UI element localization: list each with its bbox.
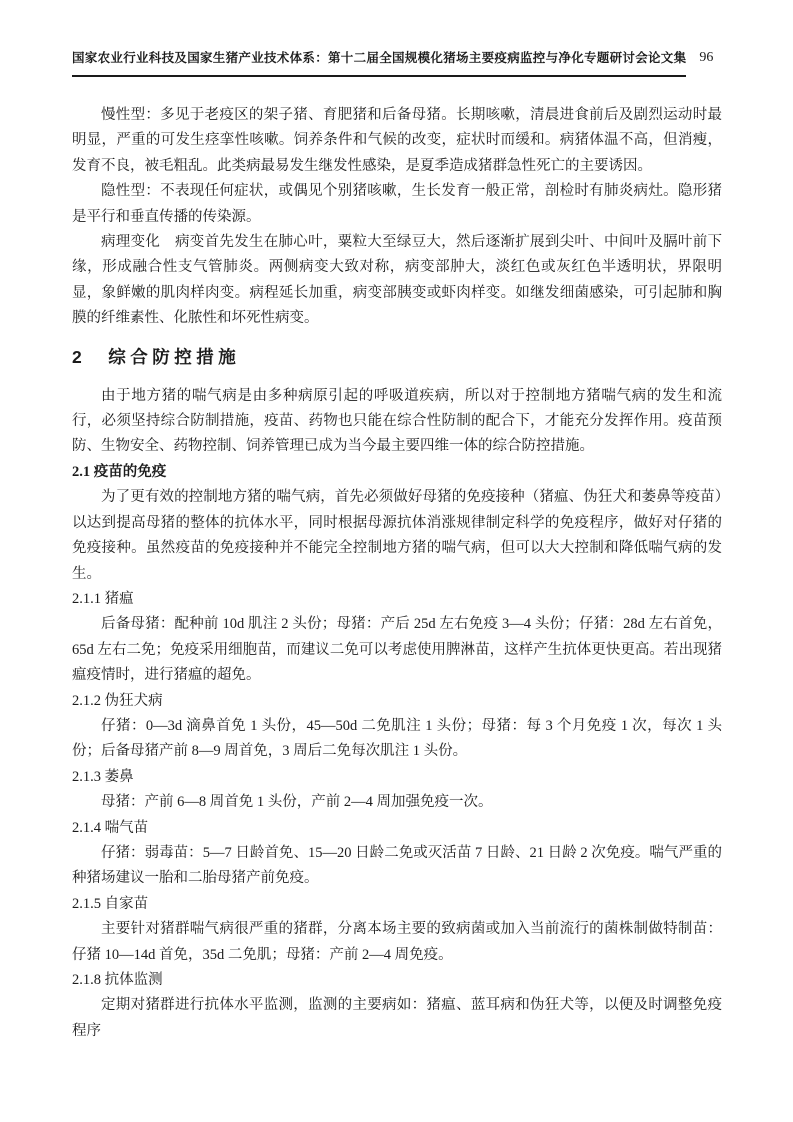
header-title: 国家农业行业科技及国家生猪产业技术体系：第十二届全国规模化猪场主要疫病监控与净化… (72, 50, 686, 66)
header-rule: 国家农业行业科技及国家生猪产业技术体系：第十二届全国规模化猪场主要疫病监控与净化… (72, 50, 686, 77)
subsubsection-heading: 2.1.2 伪狂犬病 (72, 689, 722, 714)
subsubsection-heading: 2.1.4 喘气苗 (72, 816, 722, 841)
subsubsection-heading: 2.1.3 萎鼻 (72, 765, 722, 790)
running-header: 国家农业行业科技及国家生猪产业技术体系：第十二届全国规模化猪场主要疫病监控与净化… (72, 50, 722, 77)
paragraph: 仔猪：弱毒苗：5—7 日龄首免、15—20 日龄二免或灭活苗 7 日龄、21 日… (72, 841, 722, 892)
paragraph: 隐性型：不表现任何症状，或偶见个别猪咳嗽，生长发育一般正常，剖检时有肺炎病灶。隐… (72, 179, 722, 230)
document-page: 国家农业行业科技及国家生猪产业技术体系：第十二届全国规模化猪场主要疫病监控与净化… (0, 0, 793, 1122)
paragraph: 病理变化 病变首先发生在肺心叶，粟粒大至绿豆大，然后逐渐扩展到尖叶、中间叶及膈叶… (72, 230, 722, 332)
paragraph: 仔猪：0—3d 滴鼻首免 1 头份，45—50d 二免肌注 1 头份；母猪：每 … (72, 714, 722, 765)
paragraph: 后备母猪：配种前 10d 肌注 2 头份；母猪：产后 25d 左右免疫 3—4 … (72, 612, 722, 688)
subsubsection-heading: 2.1.1 猪瘟 (72, 587, 722, 612)
paragraph: 定期对猪群进行抗体水平监测，监测的主要病如：猪瘟、蓝耳病和伪狂犬等，以便及时调整… (72, 993, 722, 1044)
document-blocks: 慢性型：多见于老疫区的架子猪、育肥猪和后备母猪。长期咳嗽，清晨进食前后及剧烈运动… (72, 103, 722, 1044)
subsubsection-heading: 2.1.8 抗体监测 (72, 968, 722, 993)
paragraph: 为了更有效的控制地方猪的喘气病，首先必须做好母猪的免疫接种（猪瘟、伪狂犬和萎鼻等… (72, 485, 722, 587)
section-heading: 2 综合防控措施 (72, 343, 722, 371)
paragraph: 母猪：产前 6—8 周首免 1 头份，产前 2—4 周加强免疫一次。 (72, 790, 722, 815)
subsubsection-heading: 2.1.5 自家苗 (72, 892, 722, 917)
paragraph: 由于地方猪的喘气病是由多种病原引起的呼吸道疾病，所以对于控制地方猪喘气病的发生和… (72, 384, 722, 460)
paragraph: 主要针对猪群喘气病很严重的猪群，分离本场主要的致病菌或加入当前流行的菌株制做特制… (72, 917, 722, 968)
paragraph: 慢性型：多见于老疫区的架子猪、育肥猪和后备母猪。长期咳嗽，清晨进食前后及剧烈运动… (72, 103, 722, 179)
subsection-heading: 2.1 疫苗的免疫 (72, 460, 722, 485)
page-number: 96 (686, 50, 722, 66)
